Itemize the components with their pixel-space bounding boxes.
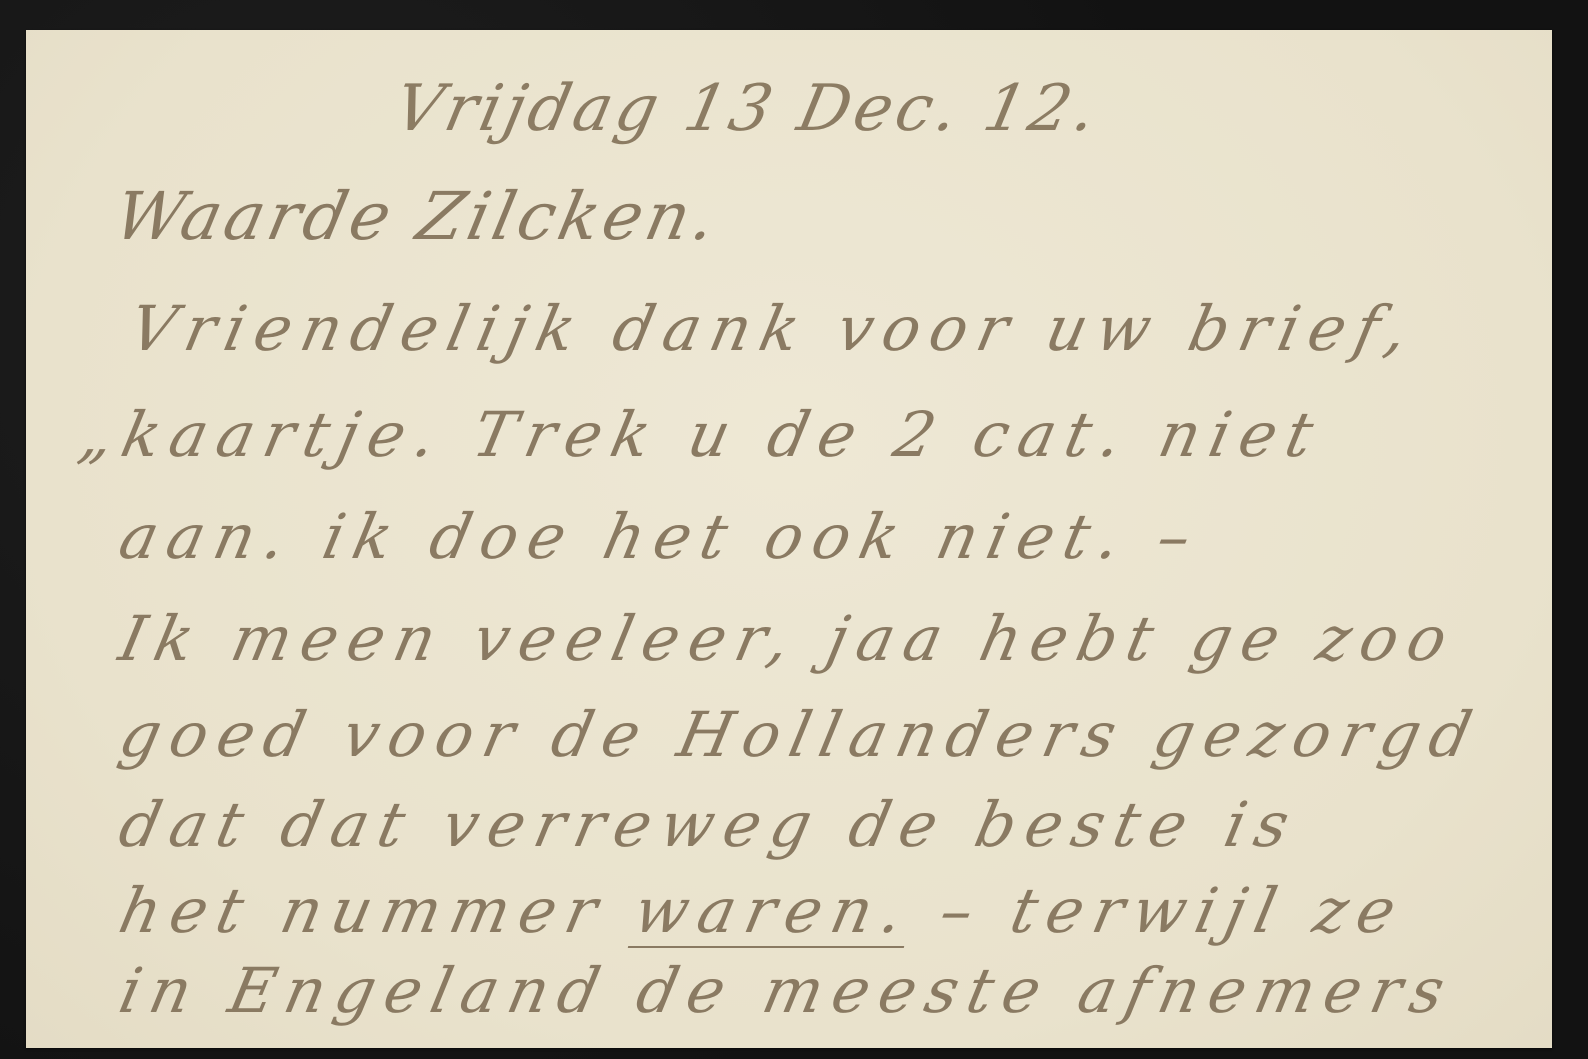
handwritten-postcard: Vrijdag 13 Dec. 12. Waarde Zilcken. Vrie…	[26, 30, 1552, 1048]
body-line-4: Ik meen veeleer, jaa hebt ge zoo	[113, 602, 1463, 675]
body-line-6: dat dat verreweg de beste is	[113, 788, 1305, 861]
body-line-3: aan. ik doe het ook niet. –	[113, 500, 1207, 573]
body-line-1: Vriendelijk dank voor uw brief,	[123, 292, 1424, 365]
salutation: Waarde Zilcken.	[108, 178, 727, 255]
body-line-8: in Engeland de meeste afnemers	[113, 954, 1461, 1027]
date-line: Vrijdag 13 Dec. 12.	[388, 72, 1107, 146]
body-line-2: „kaartje. Trek u de 2 cat. niet	[73, 398, 1329, 471]
body-line-5: goed voor de Hollanders gezorgd	[113, 698, 1488, 771]
body-line-7-start: het nummer	[113, 874, 614, 947]
body-line-7: het nummer waren. – terwijl ze	[113, 874, 1412, 947]
body-line-7-tail: – terwijl ze	[904, 874, 1412, 947]
underlined-word: waren.	[628, 874, 920, 947]
